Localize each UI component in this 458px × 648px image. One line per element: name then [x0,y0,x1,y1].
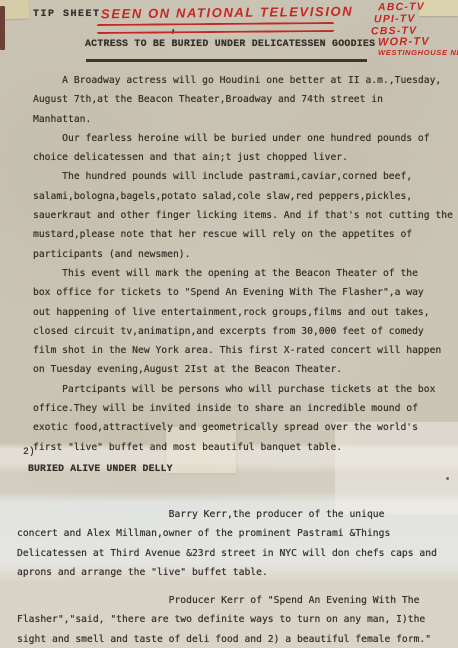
section-heading: BURIED ALIVE UNDER DELLY [28,463,173,475]
page-marker: 2) [23,446,35,457]
ink-speck [446,477,449,480]
tip-sheet-document: TIP SHEET SEEN ON NATIONAL TELEVISION AB… [0,0,458,648]
lower-paragraph-1: Barry Kerr,the producer of the unique co… [17,505,437,582]
network-item-westinghouse: WESTINGHOUSE NET. [378,48,458,57]
scan-edge-strip [0,6,5,50]
body-text: A Broadway actress will go Houdini one b… [33,71,453,457]
network-item-abc: ABC-TV [378,1,425,14]
handwritten-banner: SEEN ON NATIONAL TELEVISION [101,4,353,22]
network-item-upi: UPI-TV [374,13,416,26]
tip-sheet-label: TIP SHEET [33,9,101,21]
lower-paragraph-2: Producer Kerr of "Spend An Evening With … [17,591,431,648]
banner-double-underline [97,22,334,34]
network-item-wor: WOR-TV [378,36,430,49]
document-title: ACTRESS TO BE BURIED UNDER DELICATESSEN … [85,38,375,50]
title-underline-rule [86,59,367,62]
